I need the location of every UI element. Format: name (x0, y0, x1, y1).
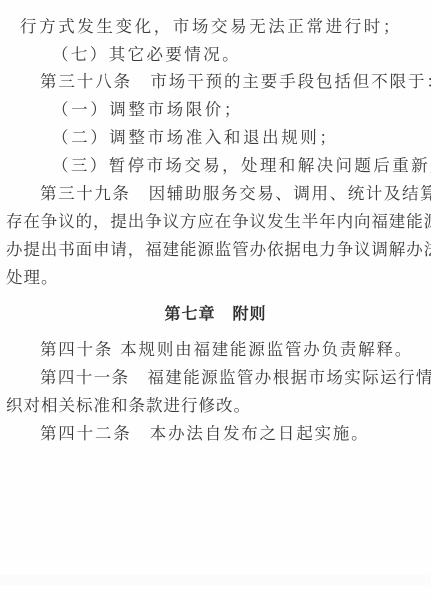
document-page: 行方式发生变化，市场交易无法正常进行时； （七）其它必要情况。 第三十八条 市场… (0, 0, 431, 598)
paragraph-line: 存在争议的，提出争议方应在争议发生半年内向福建能源监管 (6, 212, 431, 232)
chapter-heading: 第七章 附则 (0, 304, 431, 324)
paragraph-line: 处理。 (6, 268, 59, 288)
article-42: 第四十二条 本办法自发布之日起实施。 (40, 424, 369, 444)
article-41: 第四十一条 福建能源监管办根据市场实际运行情况，组 (40, 368, 431, 388)
list-item-2: （二）调整市场准入和退出规则； (52, 128, 339, 148)
list-item-1: （一）调整市场限价； (52, 100, 243, 120)
article-39: 第三十九条 因辅助服务交易、调用、统计及结算等情况 (40, 184, 431, 204)
article-38: 第三十八条 市场干预的主要手段包括但不限于： (40, 72, 431, 92)
paragraph-line: 办提出书面申请，福建能源监管办依据电力争议调解办法进行 (6, 240, 431, 260)
paragraph-line: 织对相关标准和条款进行修改。 (6, 396, 251, 416)
list-item-3: （三）暂停市场交易，处理和解决问题后重新启动。 (52, 156, 431, 176)
paragraph-line: 行方式发生变化，市场交易无法正常进行时； (20, 17, 402, 37)
page-bottom-band (0, 575, 431, 585)
list-item-7: （七）其它必要情况。 (52, 45, 241, 65)
article-40: 第四十条 本规则由福建能源监管办负责解释。 (40, 340, 413, 360)
